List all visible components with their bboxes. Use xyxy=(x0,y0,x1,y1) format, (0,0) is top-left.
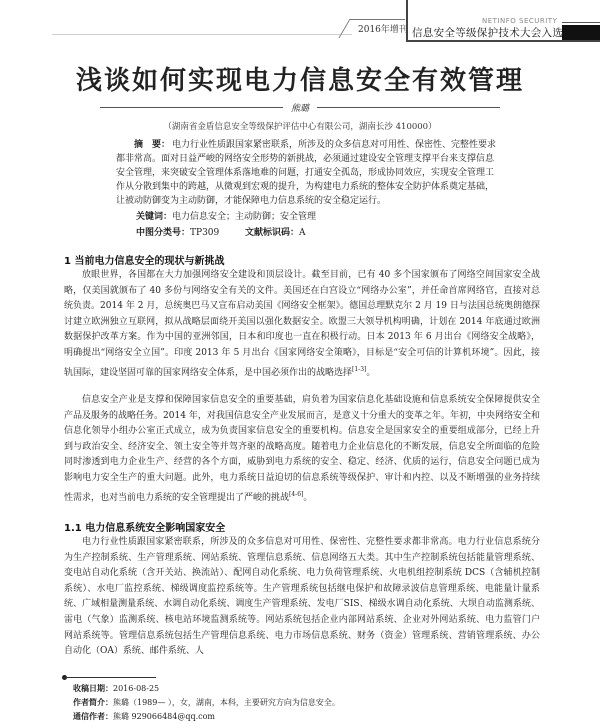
author-name: 熊璐 xyxy=(283,101,317,114)
keywords: 电力信息安全；主动防御；安全管理 xyxy=(172,212,316,222)
issue-label: 2016年增刊 xyxy=(358,22,408,35)
clc-code: TP309 xyxy=(190,228,219,238)
bio-label: 作者简介： xyxy=(73,698,113,707)
keywords-line: 关键词：电力信息安全；主动防御；安全管理 xyxy=(136,209,316,222)
abstract-label: 摘 要： xyxy=(134,140,170,150)
paragraph-text: 电力行业性质跟国家紧密联系，所涉及的众多信息对可用性、保密性、完整性要求都非常高… xyxy=(64,537,540,656)
paragraph: 放眼世界，各国都在大力加强网络安全建设和顶层设计。截至目前，已有 40 多个国家… xyxy=(64,268,540,381)
clc-label: 中图分类号： xyxy=(136,228,190,238)
citation: [4-6] xyxy=(289,491,303,498)
abstract: 摘 要：电力行业性质跟国家紧密联系，所涉及的众多信息对可用性、保密性、完整性要求… xyxy=(116,138,498,208)
keywords-label: 关键词： xyxy=(136,212,172,222)
contact-label: 通信作者： xyxy=(73,712,113,721)
journal-brand: NETINFO SECURITY xyxy=(482,17,557,25)
received-date: 2016-08-25 xyxy=(113,684,159,693)
footnote-received: 收稿日期：2016-08-25 xyxy=(73,683,159,694)
bio-text: 熊璐（1989— ），女，湖南，本科，主要研究方向为信息安全。 xyxy=(113,698,340,707)
paragraph-text: 信息安全产业是支撑和保障国家信息安全的重要基础，肩负着为国家信息化基础设施和信息… xyxy=(64,395,540,503)
author-rule-right xyxy=(317,107,500,108)
journal-block-line xyxy=(562,22,600,23)
paragraph-text: 放眼世界，各国都在大力加强网络安全建设和顶层设计。截至目前，已有 40 多个国家… xyxy=(64,270,540,378)
footnote-bio: 作者简介：熊璐（1989— ），女，湖南，本科，主要研究方向为信息安全。 xyxy=(73,697,340,708)
paragraph: 电力行业性质跟国家紧密联系，所涉及的众多信息对可用性、保密性、完整性要求都非常高… xyxy=(64,535,540,660)
affiliation: （湖南省金盾信息安全等级保护评估中心有限公司，湖南长沙 410000） xyxy=(0,120,600,132)
header-rule xyxy=(52,34,352,35)
doc-code-label: 文献标识码： xyxy=(245,228,299,238)
header-slant xyxy=(339,19,351,38)
contact-text: 熊璐 929066484@qq.com xyxy=(113,712,215,721)
section-heading-1: 1 当前电力信息安全的现状与新挑战 xyxy=(64,252,224,267)
footnote-contact: 通信作者：熊璐 929066484@qq.com xyxy=(73,711,215,722)
journal-black-block xyxy=(562,25,600,40)
received-label: 收稿日期： xyxy=(73,684,113,693)
article-title: 浅谈如何实现电力信息安全有效管理 xyxy=(0,60,600,97)
author-rule-left xyxy=(100,107,283,108)
abstract-text: 电力行业性质跟国家紧密联系，所涉及的众多信息对可用性、保密性、完整性要求都非常高… xyxy=(116,140,496,206)
header-top-line xyxy=(350,19,405,20)
journal-section: 信息安全等级保护技术大会入选论文 xyxy=(412,25,585,40)
doc-code: A xyxy=(299,228,306,238)
footnote-rule xyxy=(64,677,156,678)
author-row: 熊璐 xyxy=(100,101,500,113)
section-heading-1-1: 1.1 电力信息系统安全影响国家安全 xyxy=(64,519,225,534)
citation: [1-3] xyxy=(352,366,366,373)
paragraph: 信息安全产业是支撑和保障国家信息安全的重要基础，肩负着为国家信息化基础设施和信息… xyxy=(64,393,540,506)
classification-line: 中图分类号：TP309 文献标识码：A xyxy=(136,225,306,238)
